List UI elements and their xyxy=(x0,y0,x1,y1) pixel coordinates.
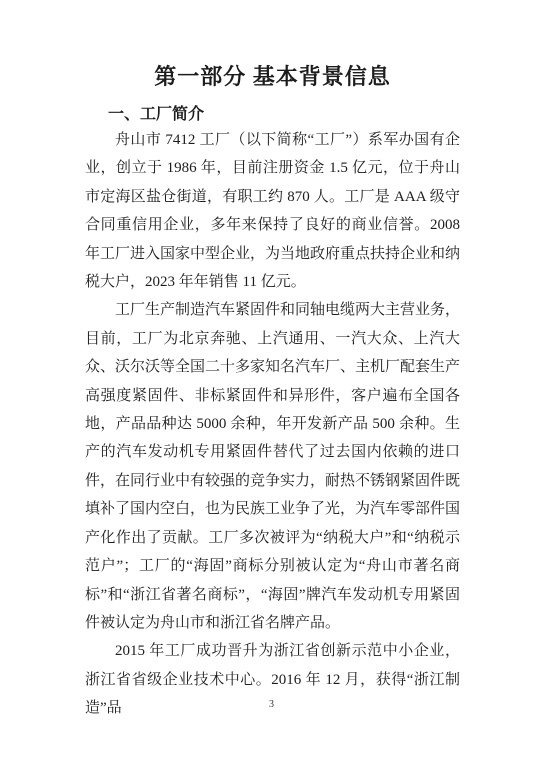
paragraph: 舟山市 7412 工厂（以下简称“工厂”）系军办国有企业，创立于 1986 年，… xyxy=(85,126,460,296)
document-content: 第一部分 基本背景信息 一、工厂简介 舟山市 7412 工厂（以下简称“工厂”）… xyxy=(85,62,460,723)
page-number: 3 xyxy=(0,699,543,710)
paragraph: 工厂生产制造汽车紧固件和同轴电缆两大主营业务，目前，工厂为北京奔驰、上汽通用、一… xyxy=(85,296,460,637)
section-heading: 一、工厂简介 xyxy=(85,104,460,126)
body-text: 舟山市 7412 工厂（以下简称“工厂”）系军办国有企业，创立于 1986 年，… xyxy=(85,126,460,723)
document-page: 第一部分 基本背景信息 一、工厂简介 舟山市 7412 工厂（以下简称“工厂”）… xyxy=(0,0,543,768)
document-title: 第一部分 基本背景信息 xyxy=(85,62,460,92)
